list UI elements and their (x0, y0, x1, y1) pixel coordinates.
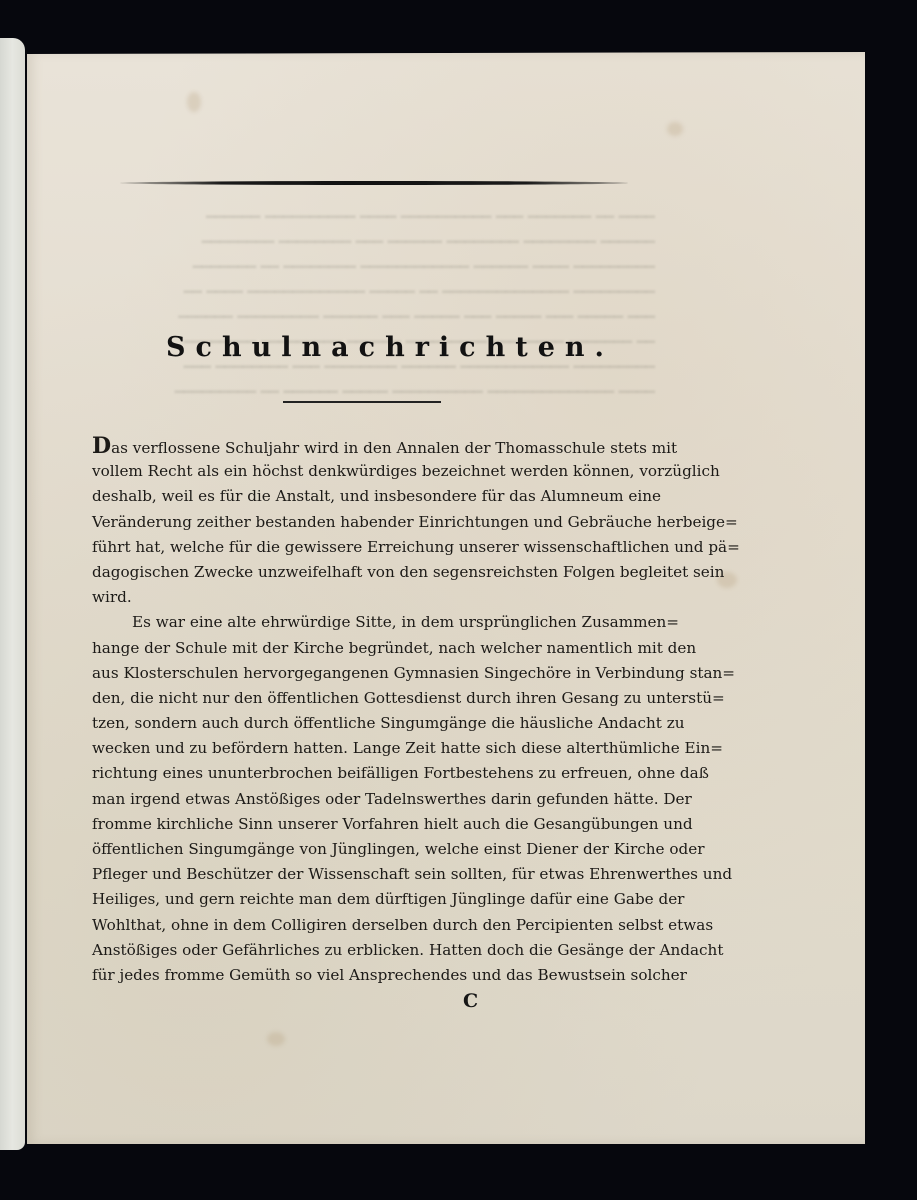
text-line: wird. (92, 585, 654, 610)
text-line: vollem Recht als ein höchst denkwürdiges… (92, 459, 654, 484)
text-line: den, die nicht nur den öffentlichen Gott… (92, 686, 654, 711)
text-line: dagogischen Zwecke unzweifelhaft von den… (92, 560, 654, 585)
text-line: öffentlichen Singumgänge von Jünglingen,… (92, 837, 654, 862)
text-line: hange der Schule mit der Kirche begründe… (92, 636, 654, 661)
text-line: Pfleger und Beschützer der Wissenschaft … (92, 862, 654, 887)
section-heading: Schulnachrichten. (150, 332, 630, 363)
text-line: Das verflossene Schuljahr wird in den An… (92, 434, 654, 459)
text-line: Anstößiges oder Gefährliches zu erblicke… (92, 938, 654, 963)
text-line: für jedes fromme Gemüth so viel Ansprech… (92, 963, 654, 988)
text-line: führt hat, welche für die gewissere Erre… (92, 535, 654, 560)
text-line-content: as verflossene Schuljahr wird in den Ann… (111, 439, 677, 457)
foxing-spot (667, 122, 683, 136)
text-line: Wohlthat, ohne in dem Colligiren derselb… (92, 913, 654, 938)
text-line: wecken und zu befördern hatten. Lange Ze… (92, 736, 654, 761)
text-line: man irgend etwas Anstößiges oder Tadelns… (92, 787, 654, 812)
text-line: richtung eines ununterbrochen beifällige… (92, 761, 654, 786)
text-line: Veränderung zeither bestanden habender E… (92, 510, 654, 535)
foxing-spot (267, 1032, 285, 1046)
signature-mark: C (463, 990, 478, 1012)
previous-page-edge (0, 38, 25, 1150)
text-line: aus Klosterschulen hervorgegangenen Gymn… (92, 661, 654, 686)
text-line: Heiliges, und gern reichte man dem dürft… (92, 887, 654, 912)
drop-cap: D (92, 433, 111, 459)
text-line: deshalb, weil es für die Anstalt, und in… (92, 484, 654, 509)
heading-underline-rule (283, 401, 441, 403)
foxing-spot (187, 92, 201, 112)
body-text: Das verflossene Schuljahr wird in den An… (92, 434, 654, 988)
text-line: Es war eine alte ehrwürdige Sitte, in de… (92, 610, 654, 635)
text-line: fromme kirchliche Sinn unserer Vorfahren… (92, 812, 654, 837)
text-line: tzen, sondern auch durch öffentliche Sin… (92, 711, 654, 736)
photo-scene: ━━━━ ━━ ━━━━━━━ ━━━ ━━━━━━━━━━ ━━━━ ━━━━… (0, 0, 917, 1200)
top-ornamental-rule (120, 181, 628, 185)
